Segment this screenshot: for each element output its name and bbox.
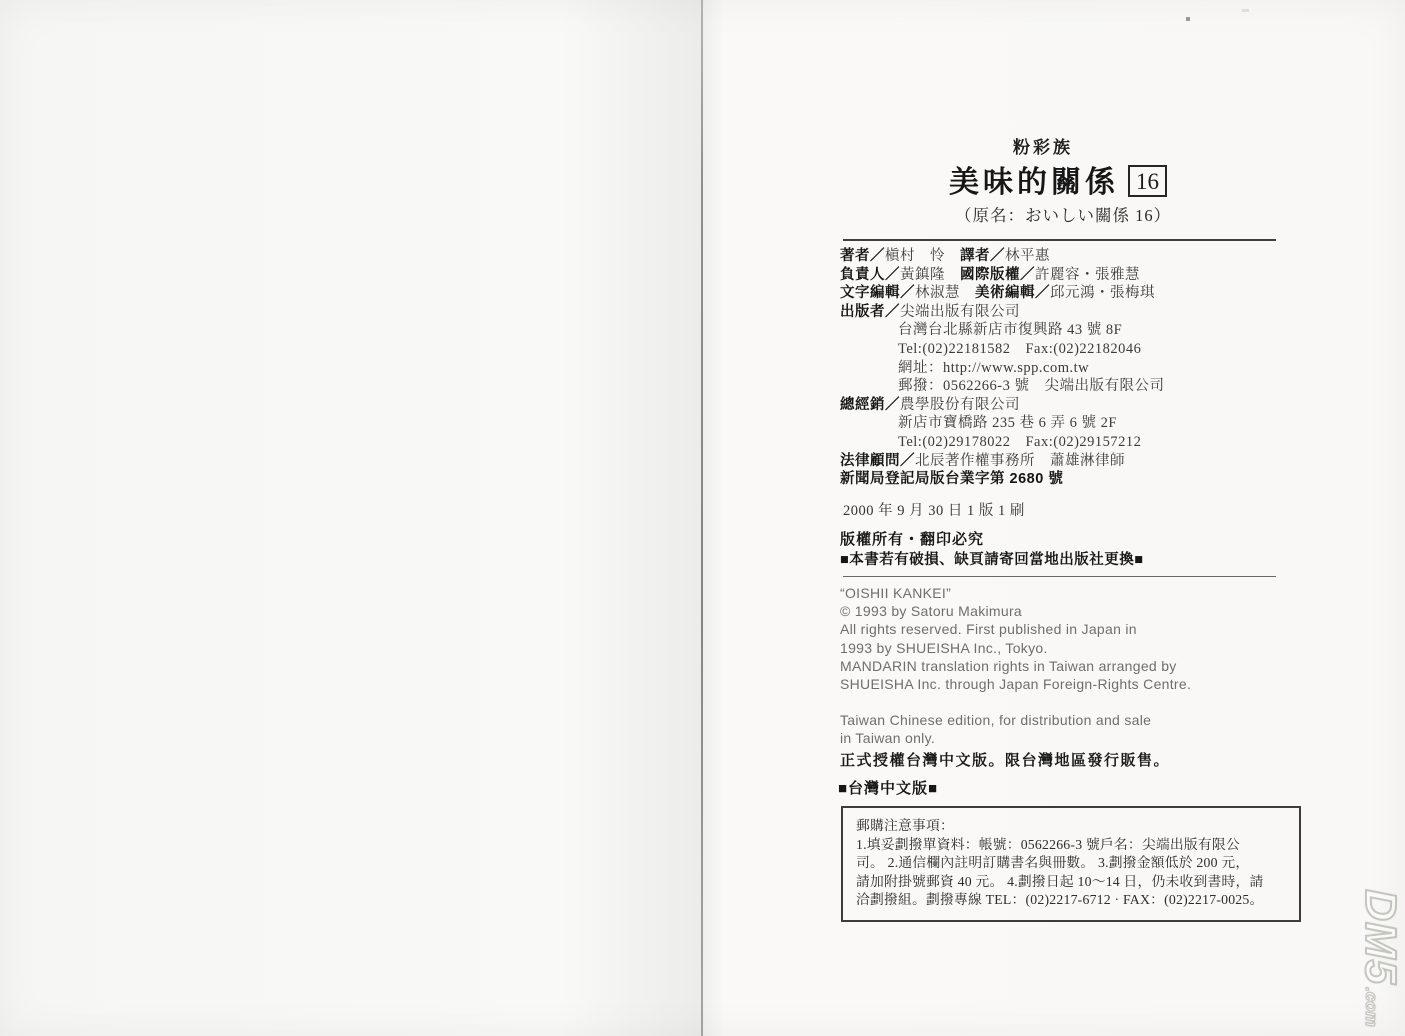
mail-order-line: 請加附掛號郵資 40 元。 4.劃撥日起 10～14 日，仍未收到書時，請 [856, 873, 1286, 892]
divider-top [843, 239, 1276, 241]
credits-list: 著者／槇村 怜 譯者／林平惠負責人／黃鎮隆 國際版權／許麗容・張雅慧文字編輯／林… [840, 247, 1285, 489]
credit-value [945, 248, 960, 264]
english-copyright-line: “OISHII KANKEI” [840, 584, 1191, 602]
scanned-spread: 粉彩族 美味的關係16 （原名：おいしい關係 16） 著者／槇村 怜 譯者／林平… [0, 0, 1405, 1036]
credit-line: 總經銷／農學股份有限公司 [840, 396, 1285, 415]
credit-value: 網址：http://www.spp.com.tw [898, 360, 1089, 376]
credit-label: 譯者／ [960, 248, 1005, 264]
mail-order-line: 郵購注意事項： [856, 817, 1286, 836]
english-copyright-block: “OISHII KANKEI”© 1993 by Satoru Makimura… [840, 584, 1191, 693]
credit-line: 負責人／黃鎮隆 國際版權／許麗容・張雅慧 [840, 266, 1285, 285]
scan-speck [1242, 9, 1249, 12]
credit-value: 許麗容・張雅慧 [1035, 267, 1140, 283]
credit-label: 美術編輯／ [975, 285, 1050, 301]
mail-order-line: 洽劃撥組。劃撥專線 TEL：(02)2217-6712 · FAX：(02)22… [856, 891, 1286, 910]
credit-line: 新店市寶橋路 235 巷 6 弄 6 號 2F [840, 414, 1285, 433]
credit-label: 出版者／ [840, 304, 900, 320]
watermark-main: DM5 [1355, 889, 1405, 985]
series-title: 粉彩族 [838, 133, 1248, 158]
credit-value: Tel:(02)29178022 Fax:(02)29157212 [898, 434, 1141, 450]
credit-line: 著者／槇村 怜 譯者／林平惠 [840, 247, 1285, 266]
english-copyright-line: MANDARIN translation rights in Taiwan ar… [840, 657, 1191, 675]
credit-value: 黃鎮隆 [900, 267, 945, 283]
book-title: 美味的關係 [949, 166, 1119, 199]
credit-value: 林平惠 [1005, 248, 1050, 264]
page-fold-line [701, 0, 703, 1036]
english-copyright-line: 1993 by SHUEISHA Inc., Tokyo. [840, 639, 1191, 657]
taiwan-edition-line: Taiwan Chinese edition, for distribution… [840, 711, 1151, 729]
mail-order-line: 1.填妥劃撥單資料：帳號：0562266-3 號戶名：尖端出版有限公 [856, 836, 1286, 855]
edition-mark: ■台灣中文版■ [838, 777, 938, 798]
book-title-row: 美味的關係16 [838, 157, 1278, 201]
credit-value [960, 285, 975, 301]
credit-label: 法律顧問／ [840, 453, 915, 469]
credit-value: 農學股份有限公司 [900, 397, 1020, 413]
credit-value: 槇村 怜 [885, 248, 945, 264]
credit-value: 邱元鴻・張梅琪 [1050, 285, 1155, 301]
copyright-notice: 版權所有・翻印必究 [840, 528, 984, 549]
credit-value [945, 267, 960, 283]
original-title: （原名：おいしい關係 16） [838, 202, 1288, 226]
credit-label: 總經銷／ [840, 397, 900, 413]
scan-speck [1186, 17, 1190, 21]
watermark-suffix: .com [1361, 987, 1381, 1027]
damage-notice: ■本書若有破損、缺頁請寄回當地出版社更換■ [840, 548, 1144, 569]
credit-value: Tel:(02)22181582 Fax:(02)22182046 [898, 341, 1141, 357]
credit-label: 新聞局登記局版台業字第 2680 號 [840, 471, 1063, 487]
divider-middle [843, 576, 1276, 577]
watermark-logo: DM5 .com [1349, 880, 1405, 1036]
credit-label: 國際版權／ [960, 267, 1035, 283]
credit-value: 北辰著作權事務所 蕭雄淋律師 [915, 453, 1125, 469]
credit-line: Tel:(02)22181582 Fax:(02)22182046 [840, 340, 1285, 359]
credit-label: 負責人／ [840, 267, 900, 283]
left-page-blank [0, 0, 701, 1036]
credit-line: 法律顧問／北辰著作權事務所 蕭雄淋律師 [840, 452, 1285, 471]
credit-label: 著者／ [840, 248, 885, 264]
credit-value: 林淑慧 [915, 285, 960, 301]
credit-label: 文字編輯／ [840, 285, 915, 301]
credit-line: 網址：http://www.spp.com.tw [840, 359, 1285, 378]
english-copyright-line: SHUEISHA Inc. through Japan Foreign-Righ… [840, 675, 1191, 693]
volume-badge: 16 [1128, 165, 1167, 197]
mail-order-box: 郵購注意事項：1.填妥劃撥單資料：帳號：0562266-3 號戶名：尖端出版有限… [841, 806, 1301, 922]
credit-line: Tel:(02)29178022 Fax:(02)29157212 [840, 433, 1285, 452]
mail-order-line: 司。 2.通信欄內註明訂購書名與冊數。 3.劃撥金額低於 200 元， [856, 854, 1286, 873]
english-copyright-line: © 1993 by Satoru Makimura [840, 602, 1191, 620]
credit-line: 出版者／尖端出版有限公司 [840, 303, 1285, 322]
print-date: 2000 年 9 月 30 日 1 版 1 刷 [843, 499, 1025, 520]
credit-value: 台灣台北縣新店市復興路 43 號 8F [898, 322, 1122, 338]
english-copyright-line: All rights reserved. First published in … [840, 620, 1191, 638]
credit-value: 郵撥：0562266-3 號 尖端出版有限公司 [898, 378, 1164, 394]
credit-line: 文字編輯／林淑慧 美術編輯／邱元鴻・張梅琪 [840, 284, 1285, 303]
authorization-line: 正式授權台灣中文版。限台灣地區發行販售。 [840, 749, 1170, 770]
taiwan-edition-line: in Taiwan only. [840, 729, 1151, 747]
credit-line: 台灣台北縣新店市復興路 43 號 8F [840, 321, 1285, 340]
credit-line: 新聞局登記局版台業字第 2680 號 [840, 470, 1285, 489]
credit-line: 郵撥：0562266-3 號 尖端出版有限公司 [840, 377, 1285, 396]
credit-value: 新店市寶橋路 235 巷 6 弄 6 號 2F [898, 415, 1117, 431]
taiwan-edition-english: Taiwan Chinese edition, for distribution… [840, 711, 1151, 747]
credit-value: 尖端出版有限公司 [900, 304, 1020, 320]
